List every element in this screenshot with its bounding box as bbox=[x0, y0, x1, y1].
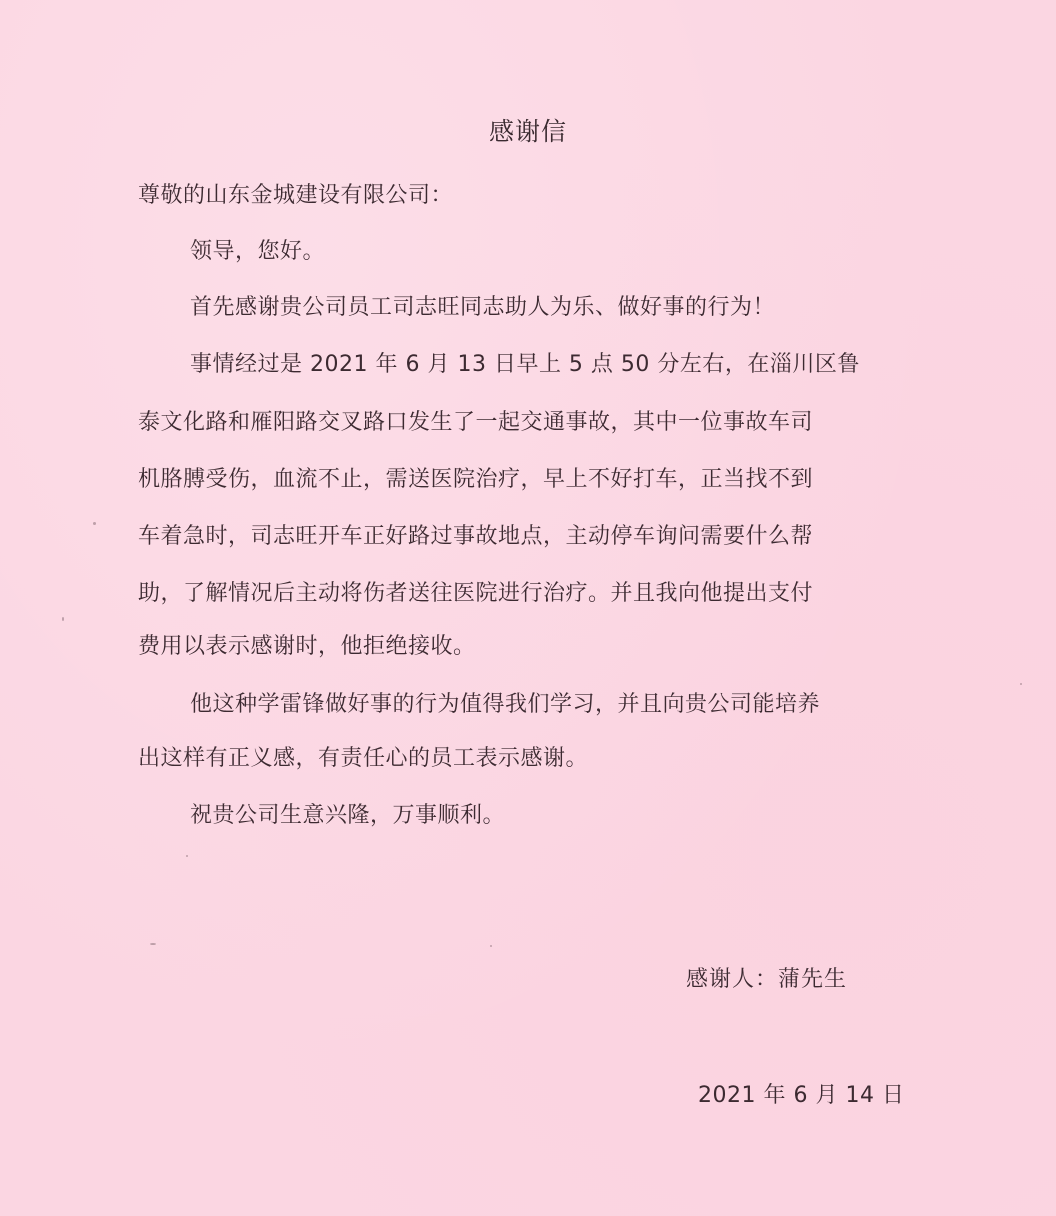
paragraph-line: 车着急时，司志旺开车正好路过事故地点，主动停车询问需要什么帮 bbox=[138, 519, 813, 550]
greeting: 领导，您好。 bbox=[190, 234, 325, 265]
salutation: 尊敬的山东金城建设有限公司： bbox=[138, 178, 453, 209]
paragraph-line: 泰文化路和雁阳路交叉路口发生了一起交通事故，其中一位事故车司 bbox=[138, 405, 813, 436]
paper-speck bbox=[490, 945, 492, 947]
paper-speck bbox=[62, 617, 64, 621]
signature: 感谢人：蒲先生 bbox=[686, 962, 847, 993]
paragraph-line: 费用以表示感谢时，他拒绝接收。 bbox=[138, 629, 476, 660]
paragraph-line: 他这种学雷锋做好事的行为值得我们学习，并且向贵公司能培养 bbox=[190, 687, 820, 718]
paper-speck bbox=[186, 855, 188, 857]
paragraph-line: 事情经过是 2021 年 6 月 13 日早上 5 点 50 分左右，在淄川区鲁 bbox=[190, 347, 860, 378]
paragraph-line: 助，了解情况后主动将伤者送往医院进行治疗。并且我向他提出支付 bbox=[138, 576, 813, 607]
closing-line: 祝贵公司生意兴隆，万事顺利。 bbox=[190, 798, 505, 829]
letter-title: 感谢信 bbox=[0, 112, 1056, 148]
paper-speck bbox=[150, 943, 156, 945]
paragraph-line: 首先感谢贵公司员工司志旺同志助人为乐、做好事的行为！ bbox=[190, 290, 775, 321]
paragraph-line: 出这样有正义感，有责任心的员工表示感谢。 bbox=[138, 741, 588, 772]
paper-speck bbox=[1020, 683, 1022, 685]
paper-speck bbox=[93, 522, 96, 525]
letter-page: 感谢信 尊敬的山东金城建设有限公司： 领导，您好。 首先感谢贵公司员工司志旺同志… bbox=[0, 0, 1056, 1216]
letter-date: 2021 年 6 月 14 日 bbox=[698, 1078, 904, 1109]
paragraph-line: 机胳膊受伤，血流不止，需送医院治疗，早上不好打车，正当找不到 bbox=[138, 462, 813, 493]
